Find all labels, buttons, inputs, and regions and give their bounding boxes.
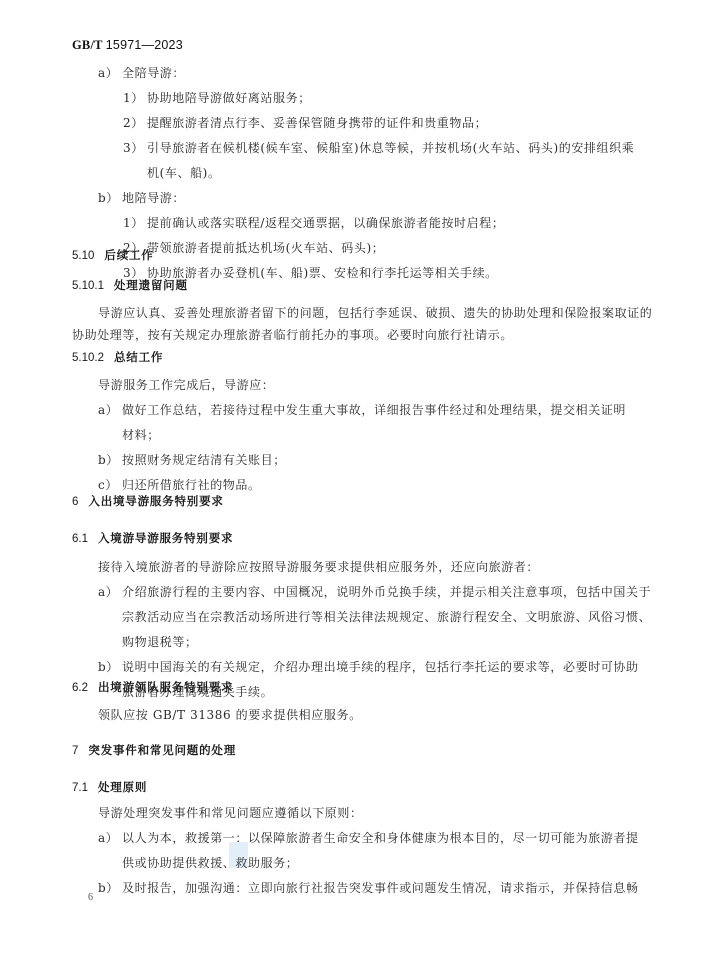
line-text: 领队应按 GB/T 31386 的要求提供相应服务。 <box>98 708 362 722</box>
section-heading: 6.1入境游导游服务特别要求 <box>72 530 233 546</box>
line-text: 宗教活动应当在宗教活动场所进行等相关法律法规规定、旅游行程安全、文明旅游、风俗习… <box>122 610 651 624</box>
list-marker: 2） <box>123 114 147 131</box>
section-heading: 5.10.1处理遗留问题 <box>72 277 188 293</box>
standard-number: 15971—2023 <box>106 38 183 52</box>
line-text: 提前确认或落实联程/返程交通票据，以确保旅游者能按时启程； <box>147 216 504 230</box>
section-title: 入出境导游服务特别要求 <box>88 494 223 508</box>
body-line: 导游处理突发事件和常见问题应遵循以下原则： <box>98 804 363 821</box>
body-line: b）及时报告，加强沟通：立即向旅行社报告突发事件或问题发生情况，请求指示，并保持… <box>98 879 639 896</box>
body-line: 导游应认真、妥善处理旅游者留下的问题，包括行李延误、破损、遗失的协助处理和保险报… <box>98 304 652 321</box>
body-line: b）按照财务规定结清有关账目； <box>98 451 286 468</box>
list-marker: c） <box>98 476 122 493</box>
line-text: 协助地陪导游做好离站服务； <box>147 91 311 105</box>
section-number: 7 <box>72 745 78 757</box>
line-text: 带领旅游者提前抵达机场(火车站、码头)； <box>147 241 384 255</box>
line-text: 协助处理等，按有关规定办理旅游者临行前托办的事项。必要时向旅行社请示。 <box>72 328 513 342</box>
lines-line: 2）提醒旅游者清点行李、妥善保管随身携带的证件和贵重物品； <box>123 114 487 131</box>
body-line: 导游服务工作完成后，导游应： <box>98 376 274 393</box>
body-line: a）以人为本，救援第一：以保障旅游者生命安全和身体健康为根本目的，尽一切可能为旅… <box>98 829 639 846</box>
line-text: 介绍旅游行程的主要内容、中国概况，说明外币兑换手续，并提示相关注意事项，包括中国… <box>122 585 651 599</box>
line-text: 说明中国海关的有关规定，介绍办理出境手续的程序，包括行李托运的要求等，必要时可协… <box>122 660 639 674</box>
line-text: 提醒旅游者清点行李、妥善保管随身携带的证件和贵重物品； <box>147 116 487 130</box>
line-text: 及时报告，加强沟通：立即向旅行社报告突发事件或问题发生情况，请求指示，并保持信息… <box>122 881 639 895</box>
section-heading: 6入出境导游服务特别要求 <box>72 493 224 509</box>
section-title: 处理遗留问题 <box>114 278 188 292</box>
line-text: 引导旅游者在候机楼(候车室、候船室)休息等候，并按机场(火车站、码头)的安排组织… <box>147 141 634 155</box>
standard-prefix: GB/T <box>72 38 102 52</box>
list-marker: 1） <box>123 214 147 231</box>
lines-line: 机(车、船)。 <box>147 164 221 181</box>
section-number: 5.10.2 <box>72 352 104 364</box>
section-heading: 5.10后续工作 <box>72 247 154 263</box>
section-title: 突发事件和常见问题的处理 <box>88 743 236 757</box>
lines-line: b）地陪导游： <box>98 189 185 206</box>
list-marker: b） <box>98 451 122 468</box>
section-title: 出境游领队服务特别要求 <box>98 680 233 694</box>
line-text: 机(车、船)。 <box>147 166 221 180</box>
section-number: 6 <box>72 496 78 508</box>
body-line: 购物退税等； <box>122 633 198 650</box>
section-title: 处理原则 <box>98 780 147 794</box>
lines-line: 1）提前确认或落实联程/返程交通票据，以确保旅游者能按时启程； <box>123 214 504 231</box>
body-line: b）说明中国海关的有关规定，介绍办理出境手续的程序，包括行李托运的要求等，必要时… <box>98 658 639 675</box>
list-marker: b） <box>98 658 122 675</box>
body-line: 协助处理等，按有关规定办理旅游者临行前托办的事项。必要时向旅行社请示。 <box>72 326 513 343</box>
section-number: 6.2 <box>72 682 88 694</box>
section-heading: 7.1处理原则 <box>72 779 147 795</box>
lines-line: 1）协助地陪导游做好离站服务； <box>123 89 311 106</box>
page-number: 6 <box>88 892 93 903</box>
line-text: 材料； <box>122 428 160 442</box>
list-marker: a） <box>98 64 122 81</box>
section-number: 5.10.1 <box>72 280 104 292</box>
section-number: 6.1 <box>72 533 88 545</box>
line-text: 全陪导游： <box>122 66 185 80</box>
body-line: a）介绍旅游行程的主要内容、中国概况，说明外币兑换手续，并提示相关注意事项，包括… <box>98 583 651 600</box>
line-text: 购物退税等； <box>122 635 198 649</box>
list-marker: b） <box>98 189 122 206</box>
list-marker: 3） <box>123 139 147 156</box>
line-text: 导游服务工作完成后，导游应： <box>98 378 274 392</box>
body-line: 接待入境旅游者的导游除应按照导游服务要求提供相应服务外，还应向旅游者： <box>98 558 539 575</box>
line-text: 供或协助提供救援、救助服务； <box>122 856 298 870</box>
standard-header: GB/T 15971—2023 <box>72 38 183 53</box>
body-line: 领队应按 GB/T 31386 的要求提供相应服务。 <box>98 706 362 723</box>
section-heading: 7突发事件和常见问题的处理 <box>72 742 236 758</box>
list-marker: b） <box>98 879 122 896</box>
section-title: 总结工作 <box>114 350 163 364</box>
body-line: 供或协助提供救援、救助服务； <box>122 854 298 871</box>
line-text: 接待入境旅游者的导游除应按照导游服务要求提供相应服务外，还应向旅游者： <box>98 560 539 574</box>
section-title: 入境游导游服务特别要求 <box>98 531 233 545</box>
line-text: 导游处理突发事件和常见问题应遵循以下原则： <box>98 806 363 820</box>
body-line: 宗教活动应当在宗教活动场所进行等相关法律法规规定、旅游行程安全、文明旅游、风俗习… <box>122 608 651 625</box>
line-text: 做好工作总结，若接待过程中发生重大事故，详细报告事件经过和处理结果，提交相关证明 <box>122 403 626 417</box>
line-text: 导游应认真、妥善处理旅游者留下的问题，包括行李延误、破损、遗失的协助处理和保险报… <box>98 306 652 320</box>
line-text: 以人为本，救援第一：以保障旅游者生命安全和身体健康为根本目的，尽一切可能为旅游者… <box>122 831 639 845</box>
section-heading: 5.10.2总结工作 <box>72 349 163 365</box>
section-number: 5.10 <box>72 250 94 262</box>
line-text: 按照财务规定结清有关账目； <box>122 453 286 467</box>
body-line: 材料； <box>122 426 160 443</box>
lines-line: 3）引导旅游者在候机楼(候车室、候船室)休息等候，并按机场(火车站、码头)的安排… <box>123 139 634 156</box>
list-marker: a） <box>98 401 122 418</box>
line-text: 协助旅游者办妥登机(车、船)票、安检和行李托运等相关手续。 <box>147 266 498 280</box>
section-heading: 6.2出境游领队服务特别要求 <box>72 679 233 695</box>
document-page: GB/T 15971—2023 a）全陪导游：1）协助地陪导游做好离站服务；2）… <box>0 0 707 959</box>
list-marker: a） <box>98 583 122 600</box>
body-line: a）做好工作总结，若接待过程中发生重大事故，详细报告事件经过和处理结果，提交相关… <box>98 401 626 418</box>
list-marker: 1） <box>123 89 147 106</box>
list-marker: a） <box>98 829 122 846</box>
body-line: c）归还所借旅行社的物品。 <box>98 476 261 493</box>
line-text: 地陪导游： <box>122 191 185 205</box>
lines-line: 2）带领旅游者提前抵达机场(火车站、码头)； <box>123 239 384 256</box>
section-title: 后续工作 <box>104 248 153 262</box>
section-number: 7.1 <box>72 782 88 794</box>
line-text: 归还所借旅行社的物品。 <box>122 478 261 492</box>
lines-line: a）全陪导游： <box>98 64 185 81</box>
